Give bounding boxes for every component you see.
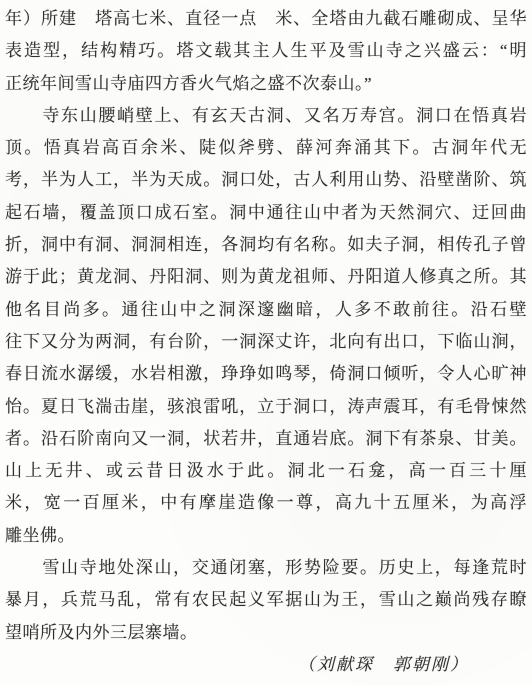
text-line-2: 表造型，结构精巧。塔文载其主人生平及雪山寺之兴盛云：“明 — [5, 35, 527, 67]
text-line-14: 者。沿石阶南向又一洞，状若井，直通岩底。洞下有茶泉、甘美。 — [5, 423, 527, 455]
text-line-8: 折，洞中有洞、洞洞相连，各洞均有名称。如夫子洞，相传孔子曾 — [5, 229, 527, 261]
text-line-20: 望哨所及内外三层寨墙。 — [5, 617, 527, 649]
text-line-1: 年）所建 塔高七米、直径一点 米、全塔由九截石雕砌成、呈华 — [5, 3, 527, 35]
text-line-12: 春日流水潺缓，水岩相激，琤琤如鸣琴，倚洞口倾听，令人心旷神 — [5, 358, 527, 390]
text-line-18: 雪山寺地处深山，交通闭塞，形势险要。历史上，每逢荒时 — [5, 552, 527, 584]
text-line-15: 山上无井、或云昔日汲水于此。洞北一石龛，高一百三十厘 — [5, 455, 527, 487]
text-line-3: 正统年间雪山寺庙四方香火气焰之盛不次泰山。” — [5, 68, 527, 100]
text-line-4: 寺东山腰峭壁上、有玄天古洞、又名万寿宫。洞口在悟真岩 — [5, 100, 527, 132]
text-line-16: 米，宽一百厘米，中有摩崖造像一尊，高九十五厘米，为高浮 — [5, 487, 527, 519]
text-line-5: 顶。悟真岩高百余米、陡似斧劈、薛河奔涌其下。古洞年代无 — [5, 132, 527, 164]
signature: （刘献琛 郭朝刚） — [5, 649, 527, 681]
text-line-7: 起石墙，覆盖顶口成石室。洞中通往山中者为天然洞穴、迂回曲 — [5, 197, 527, 229]
text-line-19: 暴月，兵荒马乱，常有农民起义军据山为王，雪山之巅尚残存瞭 — [5, 584, 527, 616]
text-line-10: 他名目尚多。通往山中之洞深邃幽暗，人多不敢前往。沿石壁 — [5, 294, 527, 326]
text-line-17: 雕坐佛。 — [5, 520, 527, 552]
text-line-13: 怡。夏日飞湍击崖，骇浪雷吼，立于洞口，涛声震耳，有毛骨悚然 — [5, 391, 527, 423]
scanned-page: 年）所建 塔高七米、直径一点 米、全塔由九截石雕砌成、呈华 表造型，结构精巧。塔… — [0, 0, 532, 685]
text-line-9: 游于此；黄龙洞、丹阳洞、则为黄龙祖师、丹阳道人修真之所。其 — [5, 261, 527, 293]
text-line-6: 考，半为人工，半为天成。洞口处，古人利用山势、沿壁凿阶、筑 — [5, 164, 527, 196]
text-line-11: 往下又分为两洞，有台阶，一洞深丈许，北向有出口，下临山涧， — [5, 326, 527, 358]
